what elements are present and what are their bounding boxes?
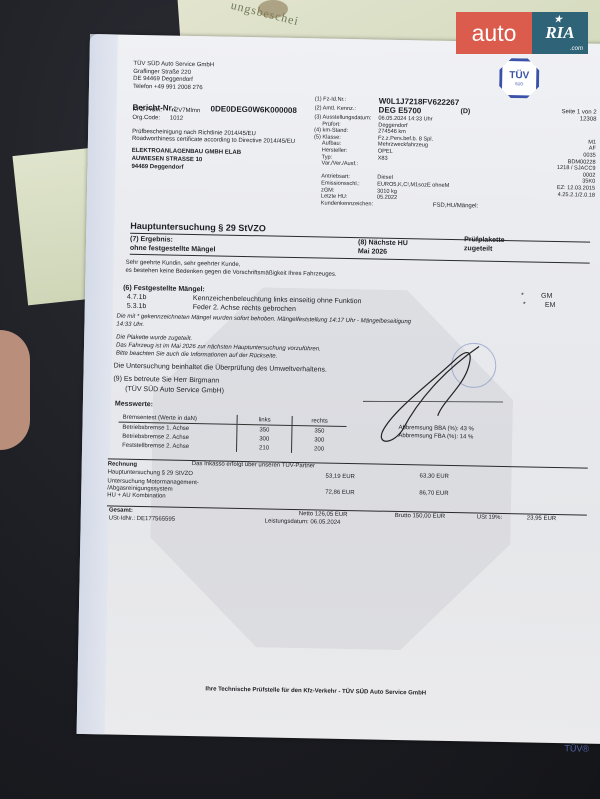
invoice-item-label: Untersuchung Motormanagement-/Abgasreini… bbox=[107, 478, 199, 501]
invoice-net: 53,19 EUR bbox=[325, 474, 354, 481]
vat-label: USt 19%: bbox=[477, 515, 502, 521]
invoice-title: Rechnung bbox=[108, 461, 137, 468]
autoria-auto: auto bbox=[456, 12, 532, 54]
vehicle-extra: (D) bbox=[461, 108, 471, 115]
org-label: Org.Code: bbox=[132, 115, 160, 122]
document-number: 12308 bbox=[526, 115, 596, 123]
org-code: Org.Code: 1012 bbox=[132, 115, 183, 122]
table-cell: Feststellbremse 2. Achse bbox=[118, 441, 237, 452]
inspector: (9) Es betreute Sie Herr Birgmann (TÜV S… bbox=[113, 375, 224, 397]
invoice-net: 72,86 EUR bbox=[325, 490, 354, 497]
table-cell: 200 bbox=[291, 444, 346, 454]
table-cell: 210 bbox=[237, 443, 292, 453]
vehicle-extra: BDM00228 bbox=[568, 159, 596, 166]
braking-ratios: Abbremsung BBA (%): 43 % Abbremsung FBA … bbox=[398, 424, 474, 441]
vehicle-label: Prüfort: bbox=[322, 121, 340, 127]
inspection-report-paper: TÜV SÜD Auto Service GmbH Graflinger Str… bbox=[77, 34, 600, 744]
total-label: Gesamt: bbox=[109, 507, 133, 513]
vehicle-extra: 0002 bbox=[583, 172, 596, 178]
report-number-value: 0DE0DEG0W6K000008 bbox=[211, 104, 297, 115]
footer-tuv-logo: TÜV® bbox=[564, 743, 589, 753]
customer-address: ELEKTROANLAGENBAU GMBH ELAB AUWIESEN STR… bbox=[131, 147, 241, 173]
vehicle-label: Var./Ver./Ausf.: bbox=[321, 161, 358, 168]
logo-subtext: SÜD bbox=[515, 81, 524, 86]
main-title: Hauptuntersuchung § 29 StVZO bbox=[130, 221, 266, 234]
vehicle-extra: 4.25.2.1/2.0.18 bbox=[558, 192, 595, 199]
vehicle-value: DEG E5700 bbox=[379, 106, 422, 116]
invoice-item-label: Hauptuntersuchung § 29 StVZO bbox=[108, 469, 194, 478]
inspector-company: (TÜV SÜD Auto Service GmbH) bbox=[125, 385, 224, 397]
vehicle-value: Diesel bbox=[377, 175, 393, 181]
vehicle-label: Aufbau: bbox=[322, 141, 341, 147]
defect-code: 4.7.1b bbox=[127, 294, 147, 301]
plaque-line2: zugeteilt bbox=[464, 244, 505, 254]
vehicle-value: Deggendorf bbox=[378, 122, 407, 129]
kfz-value: n2V7Mlmn bbox=[172, 108, 201, 115]
invoice-gross: 63,30 EUR bbox=[420, 473, 449, 480]
kfz-pruefer: KFZ-Prüfr.: n2V7Mlmn bbox=[132, 107, 200, 114]
hand bbox=[0, 330, 30, 450]
certificate-text: Prüfbescheinigung nach Richtlinie 2014/4… bbox=[132, 129, 295, 146]
vehicle-extra: AF bbox=[589, 146, 596, 152]
greeting: Sehr geehrte Kundin, sehr geehrter Kunde… bbox=[125, 259, 336, 279]
invoice-gross: 86,70 EUR bbox=[419, 490, 448, 497]
defects-title: (6) Festgestellte Mängel: bbox=[123, 285, 205, 294]
vehicle-label: (2) Amtl. Kennz.: bbox=[315, 105, 356, 112]
result: (7) Ergebnis: ohne festgestellte Mängel bbox=[130, 235, 216, 255]
defect-mark: * bbox=[521, 292, 524, 299]
total-netto: Netto 126,05 EUR bbox=[299, 511, 348, 518]
defect-text: Feder 2. Achse rechts gebrochen bbox=[193, 304, 296, 313]
vehicle-label: (1) Fz-Id.Nr.: bbox=[315, 96, 347, 103]
defect-mark: * bbox=[523, 301, 526, 308]
autoria-watermark: auto ★ RIA .com bbox=[456, 12, 588, 54]
star-icon: ★ bbox=[554, 14, 562, 25]
plaque-notes: Die Plakette wurde zugeteilt. Das Fahrze… bbox=[116, 334, 321, 362]
next-hu: (8) Nächste HU Mai 2026 bbox=[358, 238, 408, 257]
defect-class: EM bbox=[545, 302, 556, 309]
vehicle-label: Typ: bbox=[322, 154, 333, 160]
customer-city: 94469 Deggendorf bbox=[131, 163, 240, 173]
background-seal bbox=[258, 0, 288, 18]
vat-id: USt-IdNr.: DE177565595 bbox=[109, 515, 175, 522]
issuer-address: TÜV SÜD Auto Service GmbH Graflinger Str… bbox=[133, 61, 214, 93]
org-value: 1012 bbox=[170, 116, 183, 122]
vehicle-label: Hersteller: bbox=[322, 147, 348, 153]
plaque-assigned: Prüfplakette zugeteilt bbox=[464, 235, 505, 254]
defect-code: 5.3.1b bbox=[127, 303, 147, 310]
brake-test-table: Bremsentest (Werte in daN)linksrechtsBet… bbox=[118, 413, 347, 454]
fsd-hu-label: FSD,HU/Mängel: bbox=[433, 203, 478, 210]
vehicle-value: 05.2022 bbox=[377, 195, 397, 201]
vehicle-value: X83 bbox=[378, 155, 388, 161]
vat-value: 23,95 EUR bbox=[527, 515, 556, 522]
vehicle-label: (4) km-Stand: bbox=[314, 128, 348, 135]
next-hu-value: Mai 2026 bbox=[358, 247, 408, 257]
invoice-label-line: Hauptuntersuchung § 29 StVZO bbox=[108, 469, 194, 478]
vehicle-extra: M1 bbox=[588, 139, 596, 145]
vehicle-value: OPEL bbox=[378, 149, 393, 155]
vehicle-label: (5) Klasse: bbox=[314, 134, 341, 141]
autoria-ria: ★ RIA .com bbox=[532, 12, 588, 54]
page-info: Seite 1 von 2 12308 bbox=[526, 108, 596, 123]
autoria-domain: .com bbox=[570, 46, 583, 52]
tuv-sud-logo: TÜV SÜD bbox=[499, 58, 540, 99]
vehicle-label: Antriebsart: bbox=[321, 174, 350, 181]
logo-text: TÜV bbox=[509, 71, 529, 81]
total-brutto: Brutto 150,00 EUR bbox=[395, 513, 445, 520]
fba-ratio: Abbremsung FBA (%): 14 % bbox=[398, 432, 474, 441]
footer-text: Ihre Technische Prüfstelle für den Kfz-V… bbox=[205, 686, 426, 696]
vehicle-label: Kundenkennzeichen: bbox=[321, 200, 373, 207]
invoice-label-line: HU + AU Kombination bbox=[107, 492, 199, 501]
vehicle-extra: 0035 bbox=[583, 152, 596, 158]
vehicle-value: 3010 kg bbox=[377, 188, 397, 194]
vehicle-label: zGM: bbox=[321, 187, 334, 193]
measurements-title: Messwerte: bbox=[115, 401, 153, 409]
issuer-phone: Telefon +49 991 2008 276 bbox=[133, 83, 214, 92]
defect-class: GM bbox=[541, 293, 552, 300]
vehicle-extra: 35K0 bbox=[582, 179, 595, 185]
vehicle-label: Letzte HU: bbox=[321, 194, 348, 201]
kfz-label: KFZ-Prüfr.: bbox=[132, 107, 161, 114]
vehicle-value: 274546 km bbox=[378, 129, 406, 136]
result-value: ohne festgestellte Mängel bbox=[130, 244, 216, 255]
autoria-ria-text: RIA bbox=[545, 23, 574, 43]
